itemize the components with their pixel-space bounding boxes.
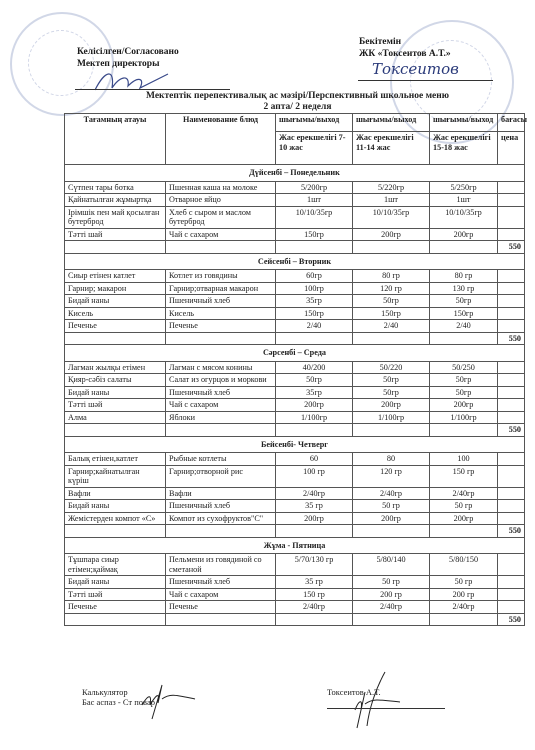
price-cell <box>498 320 525 333</box>
price-cell <box>498 295 525 308</box>
price-cell <box>498 465 525 487</box>
price-cell <box>498 601 525 614</box>
day-total-price: 550 <box>498 525 525 538</box>
yield-7-10: 200гр <box>276 399 353 412</box>
day-total-price: 550 <box>498 613 525 626</box>
day-header-row: Сейсенбі – Вторник <box>65 253 525 270</box>
dish-kz: Сиыр етінен катлет <box>65 270 166 283</box>
yield-7-10: 100 гр <box>276 465 353 487</box>
dish-ru: Пшенная каша на молоке <box>166 181 276 194</box>
dish-kz: Бидай наны <box>65 500 166 513</box>
yield-15-18: 200гр <box>430 399 498 412</box>
yield-7-10: 100гр <box>276 282 353 295</box>
yield-15-18: 5/80/150 <box>430 554 498 576</box>
day-name: Сейсенбі – Вторник <box>65 253 525 270</box>
price-cell <box>498 181 525 194</box>
price-cell <box>498 487 525 500</box>
dish-kz: Тәтті шай <box>65 228 166 241</box>
day-total-row: 550 <box>65 613 525 626</box>
dish-kz: Вафли <box>65 487 166 500</box>
table-row: КисельКисель150гр150гр150гр <box>65 307 525 320</box>
yield-15-18: 150гр <box>430 307 498 320</box>
day-header-row: Сәрсенбі – Среда <box>65 345 525 362</box>
header-dish-kz: Тағамның атауы <box>65 114 166 165</box>
day-name: Жұма - Пятница <box>65 537 525 554</box>
day-name: Бейсенбі- Четверг <box>65 436 525 453</box>
table-row: Тәтті шайЧай с сахаром150гр200гр200гр <box>65 228 525 241</box>
dish-kz: Печенье <box>65 601 166 614</box>
approver-signature: Токсеитов <box>372 60 459 78</box>
dish-kz: Алма <box>65 411 166 424</box>
price-cell <box>498 453 525 466</box>
table-row: Жемістерден компот «С»Компот из сухофрук… <box>65 512 525 525</box>
dish-kz: Тұшпара сиыр етімен;қаймақ <box>65 554 166 576</box>
yield-7-10: 2/40гр <box>276 601 353 614</box>
age-7-10: Жас ерекшелігі 7-10 жас <box>276 132 353 165</box>
approved-block: Бекітемін ЖК «Токсеитов А.Т.» <box>359 36 451 60</box>
dish-ru: Хлеб с сыром и маслом бутерброд <box>166 206 276 228</box>
approver-name: ЖК «Токсеитов А.Т.» <box>359 48 451 60</box>
table-row: Бидай наныПшеничный хлеб35гр50гр50гр <box>65 295 525 308</box>
yield-15-18: 80 гр <box>430 270 498 283</box>
dish-kz: Тәтті шәй <box>65 588 166 601</box>
yield-15-18: 150 гр <box>430 465 498 487</box>
day-total-price: 550 <box>498 332 525 345</box>
empty-cell <box>353 332 430 345</box>
empty-cell <box>430 525 498 538</box>
dish-ru: Пшеничный хлеб <box>166 500 276 513</box>
yield-11-14: 5/220гр <box>353 181 430 194</box>
dish-ru: Печенье <box>166 320 276 333</box>
yield-7-10: 60 <box>276 453 353 466</box>
yield-11-14: 10/10/35гр <box>353 206 430 228</box>
yield-7-10: 5/70/130 гр <box>276 554 353 576</box>
day-total-price: 550 <box>498 241 525 254</box>
yield-11-14: 120 гр <box>353 465 430 487</box>
dish-ru: Рыбные котлеты <box>166 453 276 466</box>
price-cell <box>498 512 525 525</box>
menu-table: Тағамның атауы Наименование блюд шығымы/… <box>64 113 525 626</box>
yield-15-18: 50гр <box>430 386 498 399</box>
dish-ru: Отварное яйцо <box>166 194 276 207</box>
age-15-18: Жас ерекшелігі 15-18 жас <box>430 132 498 165</box>
empty-cell <box>353 241 430 254</box>
table-row: Тәтті шәйЧай с сахаром200гр200гр200гр <box>65 399 525 412</box>
table-row: Балық етінен,катлетРыбные котлеты6080100 <box>65 453 525 466</box>
table-row: Бидай наныПшеничный хлеб35 гр50 гр50 гр <box>65 500 525 513</box>
yield-15-18: 1/100гр <box>430 411 498 424</box>
yield-7-10: 60гр <box>276 270 353 283</box>
empty-cell <box>166 424 276 437</box>
yield-7-10: 35 гр <box>276 576 353 589</box>
empty-cell <box>430 424 498 437</box>
yield-11-14: 80 гр <box>353 270 430 283</box>
yield-7-10: 1шт <box>276 194 353 207</box>
empty-cell <box>430 613 498 626</box>
table-row: Ірімшік пен май қосылған бутербродХлеб с… <box>65 206 525 228</box>
price-cell <box>498 386 525 399</box>
dish-ru: Салат из огурцов и моркови <box>166 374 276 387</box>
approver-signature-line <box>358 80 493 81</box>
empty-cell <box>65 613 166 626</box>
dish-kz: Гарнир;кайнатылған күріш <box>65 465 166 487</box>
price-cell <box>498 270 525 283</box>
empty-cell <box>65 332 166 345</box>
empty-cell <box>430 332 498 345</box>
dish-ru: Котлет из говядины <box>166 270 276 283</box>
yield-11-14: 5/80/140 <box>353 554 430 576</box>
header-price: бағасы <box>498 114 525 132</box>
yield-11-14: 150гр <box>353 307 430 320</box>
table-row: Лагман жылқы етіменЛагман с мясом конины… <box>65 361 525 374</box>
empty-cell <box>65 424 166 437</box>
dish-kz: Печенье <box>65 320 166 333</box>
dish-kz: Лагман жылқы етімен <box>65 361 166 374</box>
header-dish-ru: Наименование блюд <box>166 114 276 165</box>
price-cell <box>498 282 525 295</box>
price-cell <box>498 500 525 513</box>
empty-cell <box>430 241 498 254</box>
dish-ru: Пшеничный хлеб <box>166 386 276 399</box>
price-cell <box>498 411 525 424</box>
price-cell <box>498 588 525 601</box>
yield-15-18: 200 гр <box>430 588 498 601</box>
dish-ru: Гарнир;отворной рис <box>166 465 276 487</box>
yield-11-14: 50 гр <box>353 500 430 513</box>
price-cell <box>498 374 525 387</box>
dish-kz: Тәтті шәй <box>65 399 166 412</box>
empty-cell <box>276 613 353 626</box>
yield-7-10: 1/100гр <box>276 411 353 424</box>
yield-11-14: 200 гр <box>353 588 430 601</box>
yield-7-10: 35гр <box>276 295 353 308</box>
dish-ru: Пшеничный хлеб <box>166 295 276 308</box>
empty-cell <box>276 332 353 345</box>
yield-15-18: 50 гр <box>430 500 498 513</box>
yield-11-14: 2/40гр <box>353 601 430 614</box>
dish-ru: Пельмени из говядиной со сметаной <box>166 554 276 576</box>
price-cell <box>498 554 525 576</box>
dish-ru: Чай с сахаром <box>166 228 276 241</box>
dish-ru: Лагман с мясом конины <box>166 361 276 374</box>
yield-7-10: 150 гр <box>276 588 353 601</box>
yield-11-14: 2/40 <box>353 320 430 333</box>
dish-kz: Сүтпен тары ботка <box>65 181 166 194</box>
day-name: Сәрсенбі – Среда <box>65 345 525 362</box>
header-yield-3: шығымы/выход <box>430 114 498 132</box>
price-cell <box>498 194 525 207</box>
yield-15-18: 2/40гр <box>430 487 498 500</box>
dish-ru: Гарнир;отварная макарон <box>166 282 276 295</box>
yield-7-10: 200гр <box>276 512 353 525</box>
day-name: Дүйсенбі – Понедельник <box>65 165 525 182</box>
yield-15-18: 130 гр <box>430 282 498 295</box>
dish-ru: Чай с сахаром <box>166 399 276 412</box>
table-row: Қайнатылған жұмыртқаОтварное яйцо1шт1шт1… <box>65 194 525 207</box>
price-cell <box>498 228 525 241</box>
yield-15-18: 5/250гр <box>430 181 498 194</box>
empty-cell <box>65 241 166 254</box>
approver-footer-signature-icon <box>345 670 415 730</box>
table-row: Сиыр етінен катлетКотлет из говядины60гр… <box>65 270 525 283</box>
yield-15-18: 50/250 <box>430 361 498 374</box>
empty-cell <box>166 525 276 538</box>
empty-cell <box>166 332 276 345</box>
dish-ru: Пшеничный хлеб <box>166 576 276 589</box>
dish-kz: Кисель <box>65 307 166 320</box>
yield-15-18: 50гр <box>430 295 498 308</box>
day-total-row: 550 <box>65 241 525 254</box>
yield-15-18: 200гр <box>430 228 498 241</box>
price-cell <box>498 206 525 228</box>
price-label: цена <box>498 132 525 165</box>
yield-11-14: 50/220 <box>353 361 430 374</box>
menu-title-line2: 2 апта/ 2 неделя <box>60 102 535 113</box>
yield-7-10: 150гр <box>276 228 353 241</box>
day-header-row: Бейсенбі- Четверг <box>65 436 525 453</box>
table-row: ВафлиВафли2/40гр2/40гр2/40гр <box>65 487 525 500</box>
dish-kz: Ірімшік пен май қосылған бутерброд <box>65 206 166 228</box>
yield-11-14: 200гр <box>353 399 430 412</box>
empty-cell <box>276 241 353 254</box>
yield-11-14: 50гр <box>353 295 430 308</box>
yield-15-18: 100 <box>430 453 498 466</box>
footer-signature-line <box>327 708 445 709</box>
day-total-price: 550 <box>498 424 525 437</box>
empty-cell <box>353 424 430 437</box>
header-yield-1: шығымы/выход <box>276 114 353 132</box>
yield-11-14: 200гр <box>353 228 430 241</box>
yield-11-14: 50гр <box>353 386 430 399</box>
yield-7-10: 5/200гр <box>276 181 353 194</box>
header-yield-2: шығымы/выход <box>353 114 430 132</box>
table-row: Бидай наныПшеничный хлеб35гр50гр50гр <box>65 386 525 399</box>
price-cell <box>498 576 525 589</box>
approval-label: Келісілген/Согласовано <box>77 46 179 58</box>
table-row: ПеченьеПеченье2/40гр2/40гр2/40гр <box>65 601 525 614</box>
yield-15-18: 2/40 <box>430 320 498 333</box>
table-row: Бидай наныПшеничный хлеб35 гр50 гр50 гр <box>65 576 525 589</box>
yield-7-10: 35 гр <box>276 500 353 513</box>
yield-15-18: 200гр <box>430 512 498 525</box>
menu-title: Мектептік перепективалық ас мәзірі/Персп… <box>0 91 535 113</box>
yield-11-14: 50 гр <box>353 576 430 589</box>
table-row: Гарнир; макаронГарнир;отварная макарон10… <box>65 282 525 295</box>
empty-cell <box>276 424 353 437</box>
dish-ru: Компот из сухофруктов"С" <box>166 512 276 525</box>
empty-cell <box>65 525 166 538</box>
empty-cell <box>353 613 430 626</box>
yield-7-10: 2/40гр <box>276 487 353 500</box>
yield-11-14: 200гр <box>353 512 430 525</box>
day-header-row: Дүйсенбі – Понедельник <box>65 165 525 182</box>
dish-kz: Жемістерден компот «С» <box>65 512 166 525</box>
table-row: АлмаЯблоки1/100гр1/100гр1/100гр <box>65 411 525 424</box>
yield-7-10: 35гр <box>276 386 353 399</box>
dish-ru: Кисель <box>166 307 276 320</box>
yield-7-10: 50гр <box>276 374 353 387</box>
yield-15-18: 1шт <box>430 194 498 207</box>
table-row: Тәтті шәйЧай с сахаром150 гр200 гр200 гр <box>65 588 525 601</box>
price-cell <box>498 307 525 320</box>
yield-15-18: 10/10/35гр <box>430 206 498 228</box>
yield-7-10: 150гр <box>276 307 353 320</box>
table-row: Қияр-сәбіз салатыСалат из огурцов и морк… <box>65 374 525 387</box>
price-cell <box>498 361 525 374</box>
menu-title-line1: Мектептік перепективалық ас мәзірі/Персп… <box>60 91 535 102</box>
day-total-row: 550 <box>65 332 525 345</box>
dish-kz: Бидай наны <box>65 576 166 589</box>
dish-kz: Бидай наны <box>65 386 166 399</box>
yield-15-18: 50 гр <box>430 576 498 589</box>
yield-15-18: 2/40гр <box>430 601 498 614</box>
empty-cell <box>166 241 276 254</box>
dish-kz: Қияр-сәбіз салаты <box>65 374 166 387</box>
table-row: Тұшпара сиыр етімен;қаймақПельмени из го… <box>65 554 525 576</box>
empty-cell <box>166 613 276 626</box>
dish-ru: Вафли <box>166 487 276 500</box>
yield-7-10: 10/10/35гр <box>276 206 353 228</box>
empty-cell <box>353 525 430 538</box>
dish-kz: Бидай наны <box>65 295 166 308</box>
dish-kz: Балық етінен,катлет <box>65 453 166 466</box>
yield-11-14: 80 <box>353 453 430 466</box>
approved-label: Бекітемін <box>359 36 451 48</box>
yield-11-14: 2/40гр <box>353 487 430 500</box>
table-row: Гарнир;кайнатылған күрішГарнир;отворной … <box>65 465 525 487</box>
yield-11-14: 120 гр <box>353 282 430 295</box>
empty-cell <box>276 525 353 538</box>
table-header-row: Тағамның атауы Наименование блюд шығымы/… <box>65 114 525 132</box>
dish-ru: Печенье <box>166 601 276 614</box>
price-cell <box>498 399 525 412</box>
dish-kz: Қайнатылған жұмыртқа <box>65 194 166 207</box>
day-header-row: Жұма - Пятница <box>65 537 525 554</box>
dish-ru: Яблоки <box>166 411 276 424</box>
age-11-14: Жас ерекшелігі 11-14 жас <box>353 132 430 165</box>
director-signature-line <box>75 89 230 90</box>
yield-11-14: 1шт <box>353 194 430 207</box>
day-total-row: 550 <box>65 424 525 437</box>
yield-15-18: 50гр <box>430 374 498 387</box>
yield-7-10: 2/40 <box>276 320 353 333</box>
yield-11-14: 50гр <box>353 374 430 387</box>
chef-signature-icon <box>140 675 200 720</box>
day-total-row: 550 <box>65 525 525 538</box>
dish-kz: Гарнир; макарон <box>65 282 166 295</box>
yield-7-10: 40/200 <box>276 361 353 374</box>
table-row: Сүтпен тары боткаПшенная каша на молоке5… <box>65 181 525 194</box>
yield-11-14: 1/100гр <box>353 411 430 424</box>
table-row: ПеченьеПеченье2/402/402/40 <box>65 320 525 333</box>
dish-ru: Чай с сахаром <box>166 588 276 601</box>
